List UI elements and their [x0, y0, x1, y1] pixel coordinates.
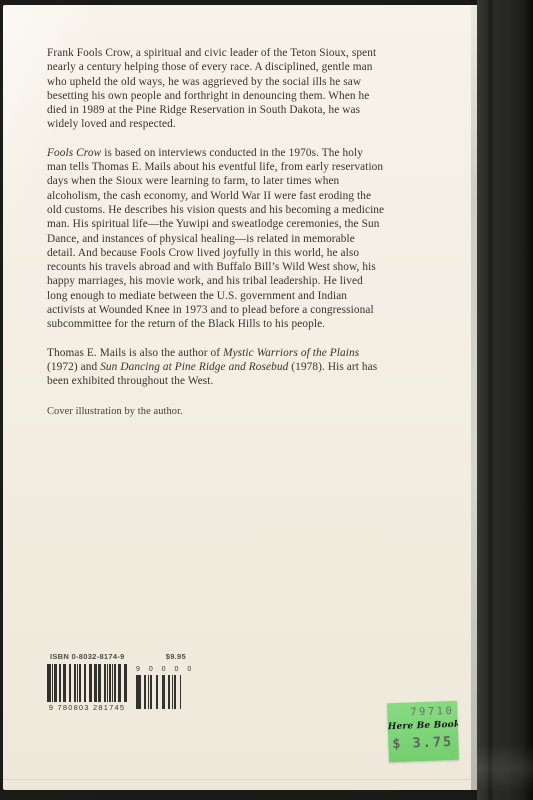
ean-barcode-bars-icon — [47, 664, 127, 702]
supplement-barcode-digits: 9 0 0 0 0 — [136, 666, 181, 673]
paragraph-text: (1972) and — [47, 361, 100, 373]
blurb-text-block: Frank Fools Crow, a spiritual and civic … — [47, 46, 384, 433]
isbn-barcode-block: ISBN 0-8032-8174-9 $9.95 9 780803 281745… — [47, 652, 197, 712]
book-title-italic: Mystic Warriors of the Plains — [223, 347, 359, 359]
barcode-labels: ISBN 0-8032-8174-9 $9.95 — [47, 652, 186, 661]
sticker-code: 79710 — [387, 701, 458, 719]
blurb-paragraph-2: Fools Crow is based on interviews conduc… — [47, 146, 384, 332]
paragraph-text: is based on interviews conducted in the … — [47, 147, 384, 331]
barcode-row: 9 780803 281745 9 0 0 0 0 — [47, 664, 197, 712]
book-title-italic: Fools Crow — [47, 147, 101, 159]
sticker-price: $ 3.75 — [388, 734, 459, 752]
ean-barcode: 9 780803 281745 — [47, 664, 127, 712]
cover-illustration-note: Cover illustration by the author. — [47, 405, 384, 419]
paragraph-text: Frank Fools Crow, a spiritual and civic … — [47, 47, 376, 130]
supplement-barcode-bars-icon — [136, 675, 181, 709]
back-cover: Frank Fools Crow, a spiritual and civic … — [3, 5, 471, 790]
blurb-paragraph-3: Thomas E. Mails is also the author of My… — [47, 346, 384, 389]
isbn-label: ISBN 0-8032-8174-9 — [50, 652, 125, 661]
paragraph-text: Thomas E. Mails is also the author of — [47, 347, 223, 359]
book-title-italic: Sun Dancing at Pine Ridge and Rosebud — [100, 361, 288, 373]
blurb-paragraph-1: Frank Fools Crow, a spiritual and civic … — [47, 46, 384, 132]
book-back-cover-photo: Frank Fools Crow, a spiritual and civic … — [0, 0, 533, 800]
price-label: $9.95 — [166, 652, 186, 661]
supplement-barcode: 9 0 0 0 0 — [136, 666, 181, 709]
book-spine — [477, 0, 533, 800]
ean-barcode-digits: 9 780803 281745 — [47, 703, 127, 712]
sticker-store-name: Here Be Books — [388, 720, 458, 732]
price-sticker: 79710 Here Be Books $ 3.75 — [387, 701, 459, 762]
